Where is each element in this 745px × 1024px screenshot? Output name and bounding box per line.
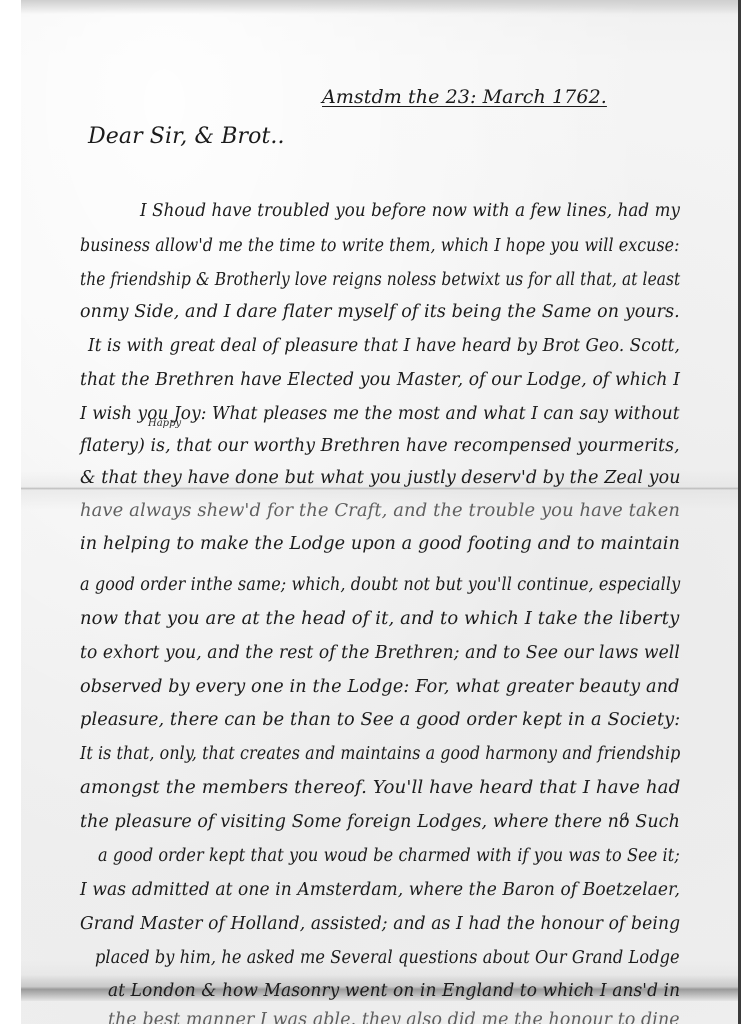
letter-line: amongst the members thereof. You'll have… <box>80 780 680 798</box>
letter-line: the best manner I was able. they also di… <box>108 1012 680 1024</box>
torn-top-edge <box>21 0 738 14</box>
letter-line: in helping to make the Lodge upon a good… <box>80 536 680 554</box>
salutation: Dear Sir, & Brot.. <box>88 126 285 148</box>
letter-line: to exhort you, and the rest of the Breth… <box>80 645 680 663</box>
interlinear-note: Happy <box>148 418 181 429</box>
letter-line: a good order inthe same; which, doubt no… <box>80 577 680 595</box>
date-line: Amstdm the 23: March 1762. <box>322 88 607 107</box>
letter-line: business allow'd me the time to write th… <box>80 238 680 256</box>
letter-line: placed by him, he asked me Several quest… <box>95 950 680 968</box>
letter-line: It is with great deal of pleasure that I… <box>88 338 680 356</box>
letter-line: a good order kept that you woud be charm… <box>98 848 680 866</box>
letter-line: the pleasure of visiting Some foreign Lo… <box>80 814 680 832</box>
letter-line: & that they have done but what you justl… <box>80 470 681 488</box>
letter-line: at London & how Masonry went on in Engla… <box>108 983 680 1001</box>
letter-line: Grand Master of Holland, assisted; and a… <box>80 916 680 934</box>
letter-line: flatery) is, that our worthy Brethren ha… <box>80 438 680 456</box>
scan-margin <box>0 0 22 1024</box>
letter-line: the friendship & Brotherly love reigns n… <box>80 272 680 290</box>
letter-line: onmy Side, and I dare flater myself of i… <box>80 304 680 322</box>
letter-line: pleasure, there can be than to See a goo… <box>80 712 680 730</box>
letter-line: It is that, only, that creates and maint… <box>80 746 680 764</box>
letter-line: observed by every one in the Lodge: For,… <box>80 679 680 697</box>
letter-line: now that you are at the head of it, and … <box>80 611 679 629</box>
letter-line: have always shew'd for the Craft, and th… <box>80 503 680 521</box>
marginal-mark: a <box>620 808 628 824</box>
letter-line: I Shoud have troubled you before now wit… <box>140 203 680 221</box>
letter-line: that the Brethren have Elected you Maste… <box>80 372 680 390</box>
letter-line: I was admitted at one in Amsterdam, wher… <box>80 882 680 900</box>
